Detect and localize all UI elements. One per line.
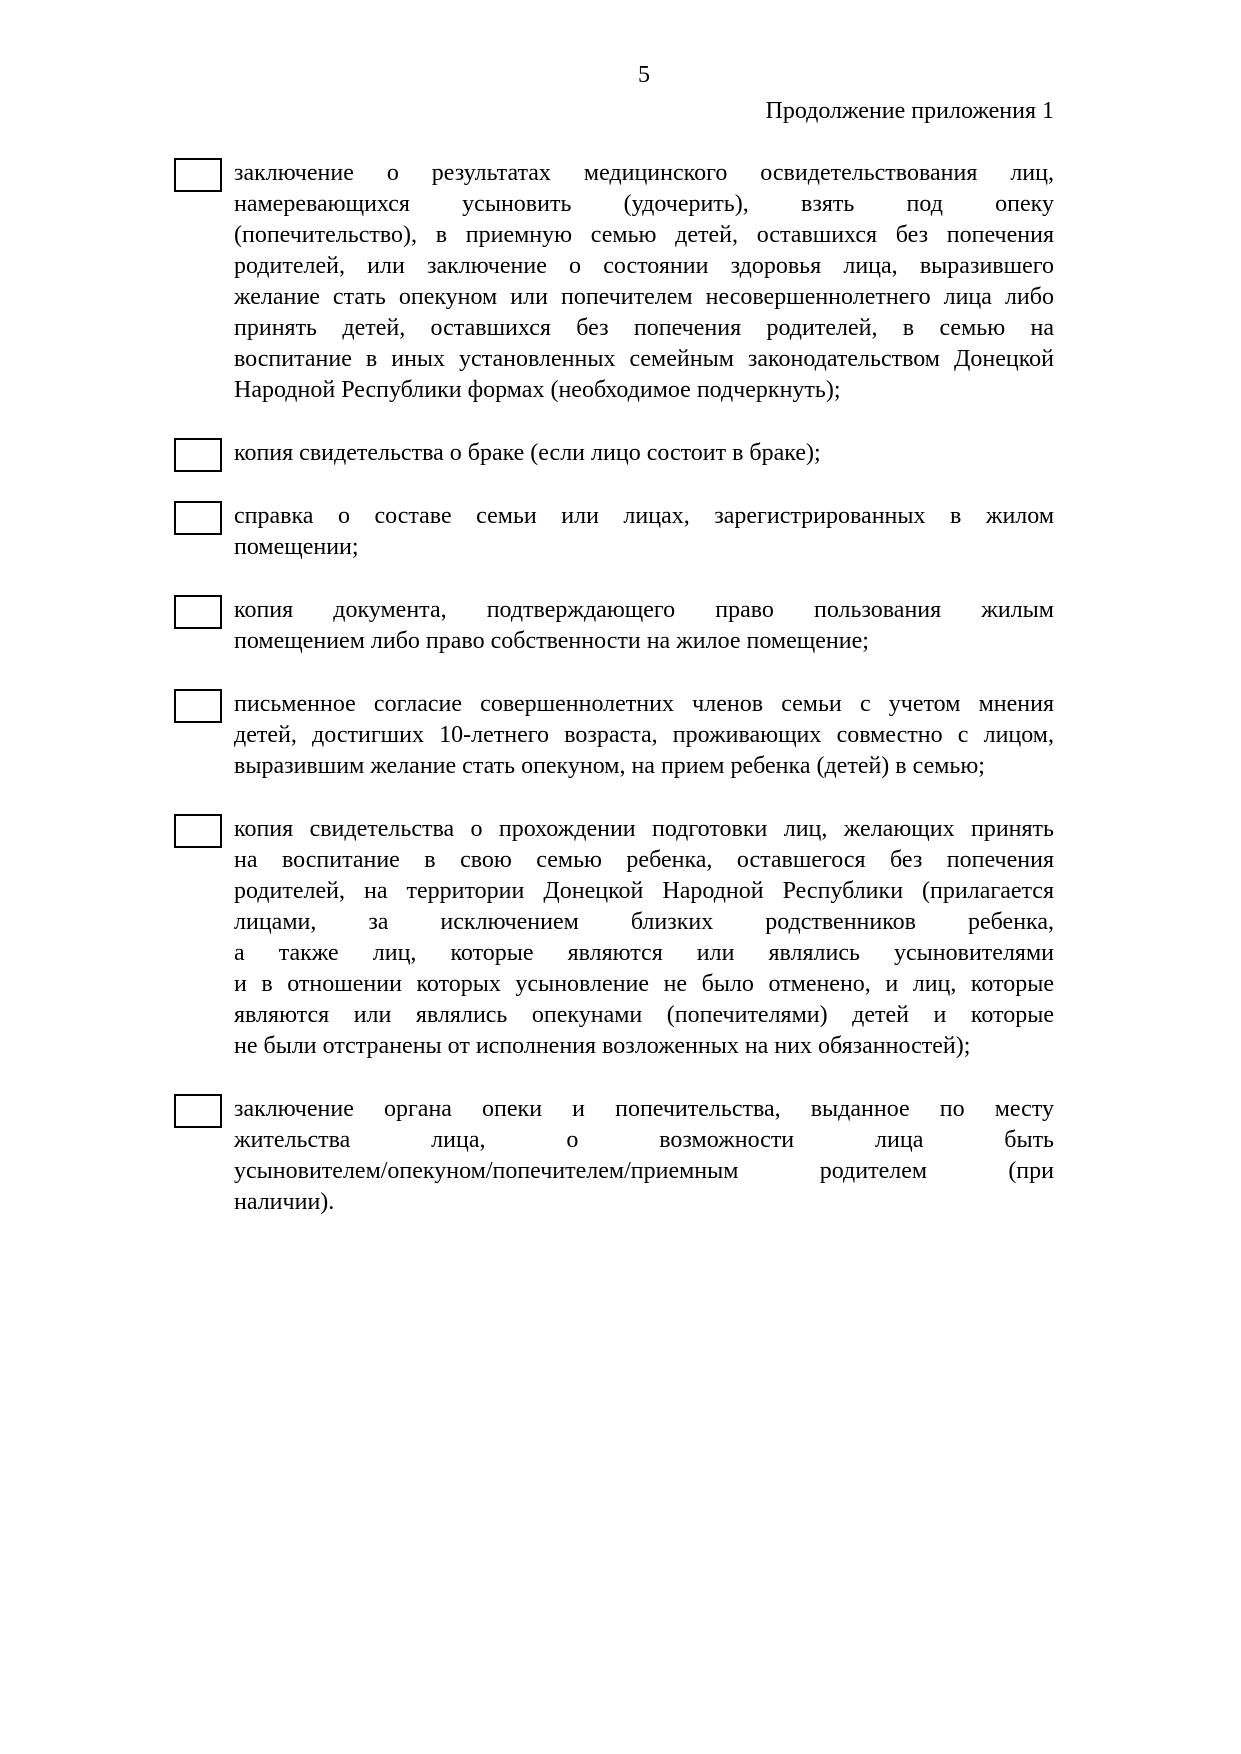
paragraph-line: усыновителем/опекуном/попечителем/приемн… (234, 1156, 1054, 1187)
paragraph-line: намеревающихся усыновить (удочерить), вз… (234, 189, 1054, 220)
document-checklist: заключение о результатах медицинского ос… (234, 158, 1054, 1250)
checkbox[interactable] (174, 595, 222, 629)
checklist-item: письменное согласие совершеннолетних чле… (234, 689, 1054, 782)
paragraph-line: на воспитание в свою семью ребенка, оста… (234, 845, 1054, 876)
paragraph-line: заключение органа опеки и попечительства… (234, 1094, 1054, 1125)
document-page: 5 Продолжение приложения 1 заключение о … (0, 0, 1241, 1754)
checkbox[interactable] (174, 158, 222, 192)
paragraph-line: желание стать опекуном или попечителем н… (234, 282, 1054, 313)
paragraph-line: заключение о результатах медицинского ос… (234, 158, 1054, 189)
checklist-item: копия свидетельства о браке (если лицо с… (234, 438, 1054, 469)
paragraph-line: и в отношении которых усыновление не был… (234, 969, 1054, 1000)
paragraph-line: помещением либо право собственности на ж… (234, 626, 1054, 657)
checklist-item: справка о составе семьи или лицах, зарег… (234, 501, 1054, 563)
checklist-item: заключение о результатах медицинского ос… (234, 158, 1054, 406)
paragraph-line: воспитание в иных установленных семейным… (234, 344, 1054, 375)
paragraph-line: лицами, за исключением близких родственн… (234, 907, 1054, 938)
paragraph-line: письменное согласие совершеннолетних чле… (234, 689, 1054, 720)
checkbox[interactable] (174, 689, 222, 723)
paragraph-line: помещении; (234, 532, 1054, 563)
paragraph-line: принять детей, оставшихся без попечения … (234, 313, 1054, 344)
paragraph-line: (попечительство), в приемную семью детей… (234, 220, 1054, 251)
checklist-item: заключение органа опеки и попечительства… (234, 1094, 1054, 1218)
page-number: 5 (234, 60, 1054, 91)
appendix-continuation-header: Продолжение приложения 1 (234, 96, 1054, 127)
paragraph-line: наличии). (234, 1187, 1054, 1218)
checklist-item: копия документа, подтверждающего право п… (234, 595, 1054, 657)
paragraph-line: являются или являлись опекунами (попечит… (234, 1000, 1054, 1031)
checkbox[interactable] (174, 814, 222, 848)
checklist-item: копия свидетельства о прохождении подгот… (234, 814, 1054, 1062)
paragraph-line: родителей, или заключение о состоянии зд… (234, 251, 1054, 282)
paragraph-line: копия документа, подтверждающего право п… (234, 595, 1054, 626)
paragraph-line: не были отстранены от исполнения возложе… (234, 1031, 1054, 1062)
paragraph-line: Народной Республики формах (необходимое … (234, 375, 1054, 406)
paragraph-line: жительства лица, о возможности лица быть (234, 1125, 1054, 1156)
paragraph-line: а также лиц, которые являются или являли… (234, 938, 1054, 969)
checkbox[interactable] (174, 1094, 222, 1128)
paragraph-line: копия свидетельства о прохождении подгот… (234, 814, 1054, 845)
paragraph-line: выразившим желание стать опекуном, на пр… (234, 751, 1054, 782)
paragraph-line: копия свидетельства о браке (если лицо с… (234, 438, 1054, 469)
paragraph-line: справка о составе семьи или лицах, зарег… (234, 501, 1054, 532)
paragraph-line: родителей, на территории Донецкой Народн… (234, 876, 1054, 907)
paragraph-line: детей, достигших 10-летнего возраста, пр… (234, 720, 1054, 751)
checkbox[interactable] (174, 501, 222, 535)
checkbox[interactable] (174, 438, 222, 472)
